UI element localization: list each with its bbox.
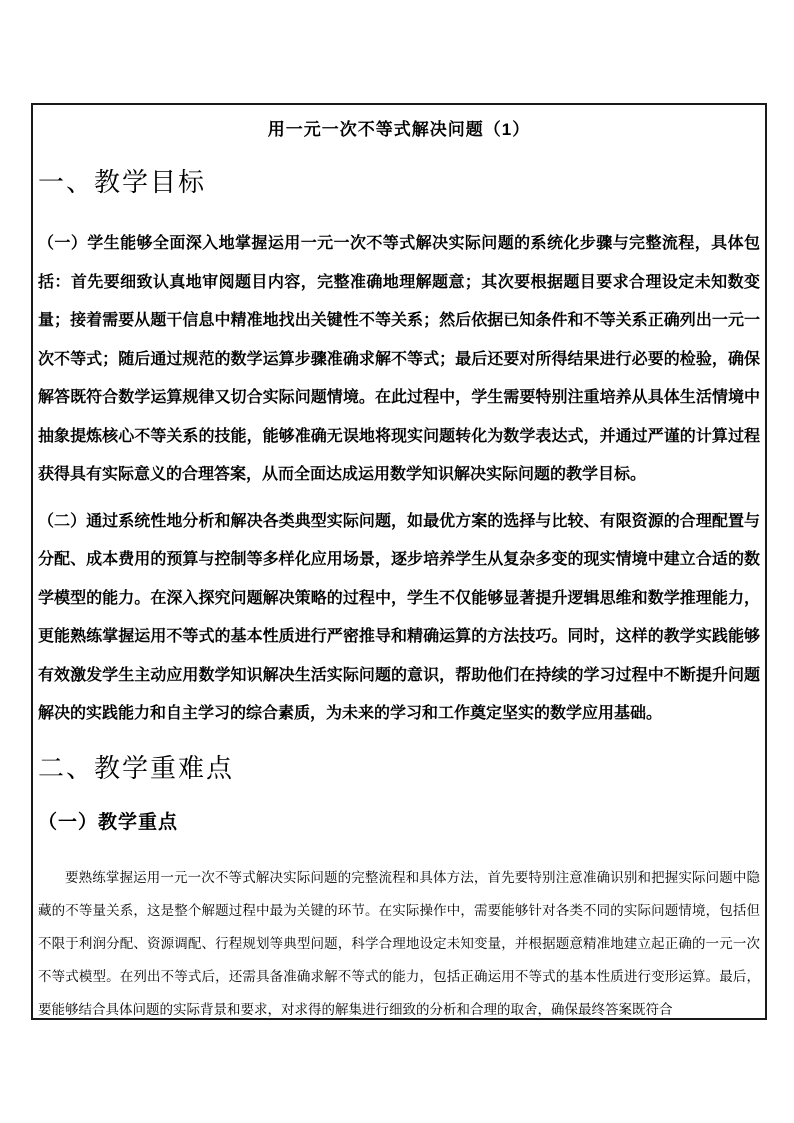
- document-page: 用一元一次不等式解决问题（1） 一、教学目标 （一）学生能够全面深入地掌握运用一…: [0, 0, 794, 1123]
- document-border-frame: 用一元一次不等式解决问题（1） 一、教学目标 （一）学生能够全面深入地掌握运用一…: [31, 103, 767, 1020]
- paragraph-objective-1: （一）学生能够全面深入地掌握运用一元一次不等式解决实际问题的系统化步骤与完整流程…: [38, 225, 760, 495]
- paragraph-objective-2: （二）通过系统性地分析和解决各类典型实际问题，如最优方案的选择与比较、有限资源的…: [38, 503, 760, 734]
- section-heading-teaching-objectives: 一、教学目标: [38, 167, 760, 198]
- paragraph-teaching-focus: 要熟练掌握运用一元一次不等式解决实际问题的完整流程和具体方法，首先要特别注意准确…: [38, 861, 760, 1020]
- document-title: 用一元一次不等式解决问题（1）: [38, 119, 760, 141]
- subsection-heading-teaching-focus: （一）教学重点: [38, 812, 760, 835]
- section-heading-key-and-difficult-points: 二、教学重难点: [38, 753, 760, 784]
